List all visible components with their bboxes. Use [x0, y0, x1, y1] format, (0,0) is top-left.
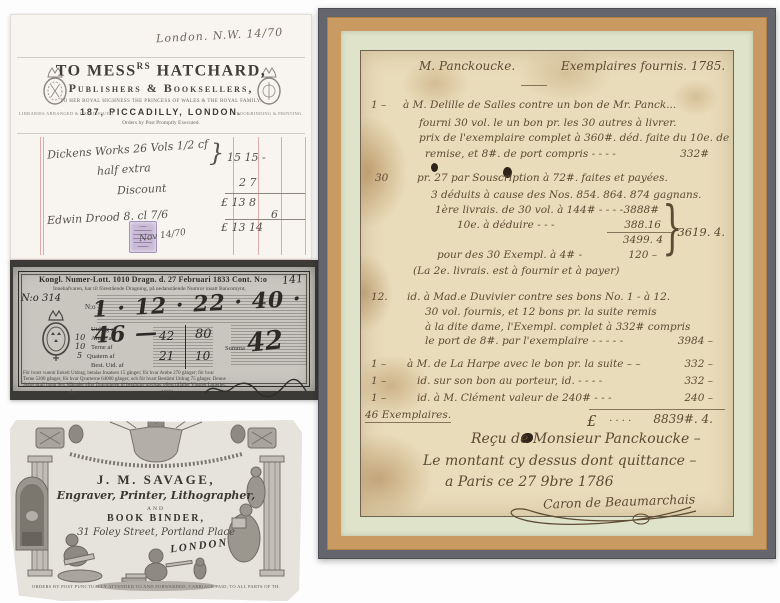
prize-row-quatern: Quatern af: [87, 353, 115, 360]
ledger-column-rule: [281, 137, 282, 255]
table-divider-rule: [185, 325, 186, 369]
ledger-amount: £ 13 14: [221, 221, 263, 234]
entry-amount: 332 –: [684, 375, 713, 387]
divider: [17, 57, 305, 58]
ledger-entry: Discount: [117, 182, 167, 198]
entry-text: (La 2e. livrais. est à fournir et à paye…: [413, 265, 619, 277]
entry-line: prix de l'exemplaire complet à 360#. déd…: [371, 132, 725, 149]
ticket-year: 1833: [161, 390, 173, 396]
entry-qty: 1 –: [371, 99, 386, 111]
entry-line: 30pr. 27 par Souscription à 72#. faites …: [371, 172, 725, 189]
ticket-number-handwritten: 141: [281, 272, 303, 287]
signature-paraph-flourish: [491, 503, 701, 529]
entry-text: pr. 27 par Souscription à 72#. faites et…: [417, 172, 668, 184]
entry-amount: 332#: [680, 148, 709, 160]
entry-line: remise, et 8#. de port compris - - - -33…: [371, 148, 725, 165]
receipt-text: Le montant cy dessus dont quittance –: [423, 453, 696, 469]
invoice-tagline: TO HER ROYAL HIGHNESS THE PRINCESS OF WA…: [11, 99, 311, 104]
receipt-line: Reçu de Monsieur Panckoucke –: [371, 431, 725, 448]
total-amount: 8839#. 4.: [653, 412, 713, 426]
title-part: TO MESS: [56, 62, 137, 79]
invoice-left-note: LIBRARIES ARRANGED & CATALOGUED.: [19, 111, 115, 116]
currency-symbol: £: [587, 412, 597, 430]
handwritten-count: 10: [75, 342, 85, 351]
entry-qty: 1 –: [371, 358, 386, 370]
ledger-column-rule: [305, 137, 306, 255]
header-title: Exemplaires fournis. 1785.: [561, 59, 725, 73]
entry-amount: 3984 –: [678, 335, 713, 347]
entry-text: à M. Delille de Salles contre un bon de …: [403, 99, 676, 111]
entry-text: fourni 30 vol. le un bon pr. les 30 autr…: [419, 117, 677, 129]
receipt-date: a Paris ce 27 9bre 1786: [445, 474, 614, 490]
framed-manuscript: M. Panckoucke. Exemplaires fournis. 1785…: [318, 8, 776, 559]
ledger-entry: Dickens Works 26 Vols 1/2 cf: [47, 137, 209, 161]
invoice-date: London. N.W. 14/70: [155, 26, 283, 46]
ink-blot: [431, 163, 438, 172]
ticket-serial: N:o 314: [21, 293, 61, 304]
hatchard-invoice: London. N.W. 14/70 TO MESSRS HATCHARD, P…: [10, 14, 312, 262]
entry-line: 1 –id. à M. Clément valeur de 240# - - -…: [371, 392, 725, 409]
entry-line: (La 2e. livrais. est à fournir et à paye…: [371, 265, 725, 282]
manuscript-header: M. Panckoucke. Exemplaires fournis. 1785…: [371, 59, 725, 76]
header-name: M. Panckoucke.: [419, 59, 515, 73]
entry-text: id. sur son bon au porteur, id. - - - -: [417, 375, 602, 387]
ledger-brace: }: [209, 139, 224, 167]
handwritten-value: 21: [159, 349, 174, 363]
ledger-entry: half extra: [97, 161, 151, 178]
handwritten-value: 10: [195, 349, 210, 363]
title-superscript: RS: [137, 61, 152, 71]
total-line: £ .... 8839#. 4.: [371, 412, 725, 429]
entry-line: 1 –id. sur son bon au porteur, id. - - -…: [371, 375, 725, 392]
sum-rule: [225, 219, 305, 220]
handwritten-count: 5: [77, 351, 82, 360]
ledger-amount: 2 7: [239, 176, 257, 189]
top-arms: [110, 420, 202, 462]
summa-label: Summa: [225, 345, 245, 352]
entry-amount: 332 –: [684, 358, 713, 370]
ticket-paper: Kongl. Numer-Lott. 1010 Dragn. d. 27 Feb…: [13, 267, 315, 391]
invoice-subtitle: Publishers & Booksellers,: [11, 81, 311, 96]
receipt-text: Reçu de Monsieur Panckoucke –: [471, 431, 701, 447]
entry-text: 3 déduits à cause des Nos. 854. 864. 874…: [431, 189, 701, 201]
tradesman-name: J. M. SAVAGE,: [10, 472, 302, 488]
prize-row-ambe: Ambe af: [91, 335, 114, 342]
entry-text: prix de l'exemplaire complet à 360#. déd…: [419, 132, 729, 144]
entry-qty: 1 –: [371, 392, 386, 404]
ledger-margin-rule: [43, 137, 44, 255]
invoice-orders-note: Orders by Post Promptly Executed.: [11, 120, 311, 126]
summa-handwritten: 42: [246, 325, 285, 359]
entry-text: id. à Mad.e Duvivier contre ses bons No.…: [407, 291, 670, 303]
frame-mat-green: M. Panckoucke. Exemplaires fournis. 1785…: [341, 31, 753, 536]
ledger-margin-rule: [40, 137, 41, 255]
entry-line: 1 –à M. Delille de Salles contre un bon …: [371, 99, 725, 116]
prize-row-utdrag: Utdrag af: [91, 326, 116, 333]
invoice-right-note: BOOKBINDING & PRINTING.: [236, 111, 303, 116]
receipt-line: Le montant cy dessus dont quittance –: [371, 453, 725, 470]
header-dash: [521, 85, 547, 86]
title-part: HATCHARD,: [151, 62, 266, 79]
entry-text: à la dite dame, l'Exempl. complet à 332#…: [425, 321, 690, 333]
ledger-amount: £ 13 8: [221, 196, 256, 209]
prize-row-best-utd: Best. Utd. af: [91, 362, 124, 369]
entry-qty: 30: [375, 172, 388, 184]
entry-amount: 120 –: [628, 249, 657, 261]
group-total-line: 3619. 4.: [371, 225, 725, 242]
lottery-ticket: Kongl. Numer-Lott. 1010 Dragn. d. 27 Feb…: [10, 260, 318, 400]
collage-of-historical-documents: London. N.W. 14/70 TO MESSRS HATCHARD, P…: [0, 0, 780, 603]
entry-text: pour des 30 Exempl. à 4# -: [437, 249, 582, 261]
entry-text: id. à M. Clément valeur de 240# - - -: [417, 392, 612, 404]
entry-amount: 3888#: [623, 204, 659, 216]
entry-amount: 240 –: [684, 392, 713, 404]
handwritten-value: 42: [159, 329, 174, 343]
entry-text: à M. de La Harpe avec le bon pr. la suit…: [407, 358, 641, 370]
tradecard-bottom-note: ORDERS BY POST PUNCTUALLY ATTENDED TO AN…: [10, 584, 302, 589]
trade-line: Engraver, Printer, Lithographer,: [10, 489, 302, 502]
handwritten-count: 10: [75, 333, 85, 342]
and-label: AND: [10, 506, 302, 512]
entry-text: 1ère livrais. de 30 vol. à 144# - - - -: [435, 204, 623, 216]
total-rule: [589, 409, 725, 410]
entry-text: 30 vol. fournis, et 12 bons pr. la suite…: [425, 306, 657, 318]
leader-dots: ....: [609, 412, 634, 424]
prize-row-terne: Terne af: [91, 344, 112, 351]
savage-trade-card: J. M. SAVAGE, Engraver, Printer, Lithogr…: [10, 420, 302, 601]
receipt-line: a Paris ce 27 9bre 1786: [371, 474, 725, 491]
handwritten-value: 80: [195, 327, 212, 342]
sum-rule: [225, 193, 305, 194]
three-crowns-emblem-icon: [35, 309, 77, 367]
den-label: den: [69, 390, 78, 396]
group-total: 3619. 4.: [677, 225, 725, 239]
entry-qty: 1 –: [371, 375, 386, 387]
signature-flourish: [203, 377, 308, 399]
frame-mat-tan: M. Panckoucke. Exemplaires fournis. 1785…: [327, 17, 767, 550]
manuscript-paper: M. Panckoucke. Exemplaires fournis. 1785…: [360, 50, 734, 517]
entry-qty: 12.: [371, 291, 388, 303]
tradesman-address: 31 Foley Street, Portland Place: [10, 527, 302, 538]
ledger-amount: 15 15 -: [227, 151, 266, 164]
entry-text: le port de 8#. par l'exemplaire - - - - …: [425, 335, 623, 347]
invoice-title: TO MESSRS HATCHARD,: [11, 61, 311, 80]
trade-line: BOOK BINDER,: [10, 513, 302, 524]
divider: [17, 133, 305, 134]
entry-text: remise, et 8#. de port compris - - - -: [425, 148, 616, 160]
ticket-header: Kongl. Numer-Lott. 1010 Dragn. d. 27 Feb…: [39, 275, 285, 284]
entry-line: le port de 8#. par l'exemplaire - - - - …: [371, 335, 725, 352]
entry-line: 1 –à M. de La Harpe avec le bon pr. la s…: [371, 358, 725, 375]
